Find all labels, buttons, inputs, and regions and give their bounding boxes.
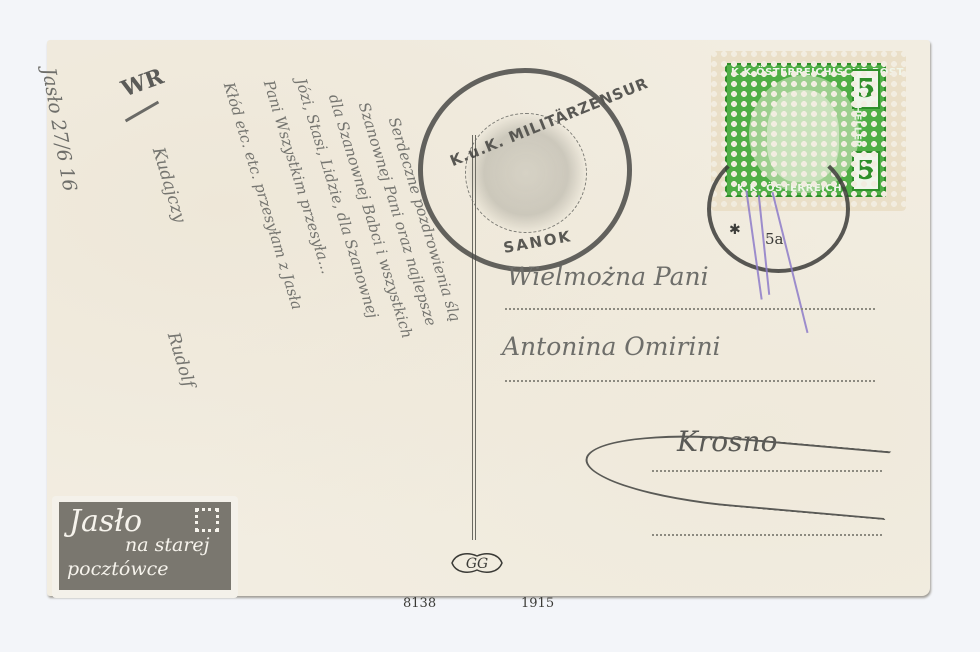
stamp-value-top: 5 <box>852 69 880 109</box>
stamp-value-bottom: 5 <box>852 151 880 191</box>
printer-year: 1915 <box>521 596 554 611</box>
badge-panel: Jasło na starej pocztówce <box>59 502 231 590</box>
address-name: Antonina Omirini <box>502 332 721 361</box>
address-line-4 <box>652 534 882 536</box>
address-line-1 <box>505 308 875 310</box>
watermark-badge: Jasło na starej pocztówce <box>52 496 238 598</box>
address-line-2 <box>505 380 875 382</box>
mini-stamp-icon <box>195 508 219 532</box>
signature: Rudolf <box>163 330 199 390</box>
stamp-unit: HELLER <box>851 105 862 147</box>
badge-line3: pocztówce <box>67 558 168 580</box>
postmark-star: ✱ <box>729 222 741 238</box>
archive-mark: WR <box>118 63 167 102</box>
postmark <box>707 145 850 273</box>
location-date: Jasło 27/6 16 <box>37 66 80 193</box>
military-censor-stamp: K.u.K. MILITÄRZENSUR SANOK <box>418 68 632 272</box>
printer-code: 8138 <box>403 596 436 611</box>
svg-text:GG: GG <box>466 556 488 572</box>
mark-underline <box>125 101 159 123</box>
address-salutation: Wielmożna Pani <box>507 262 709 291</box>
publisher-monogram-icon: GG <box>448 548 506 578</box>
address-line-3 <box>652 470 882 472</box>
badge-line2: na starej <box>125 534 210 556</box>
address-city: Krosno <box>677 425 777 458</box>
signature: Kudajczy <box>148 145 190 225</box>
